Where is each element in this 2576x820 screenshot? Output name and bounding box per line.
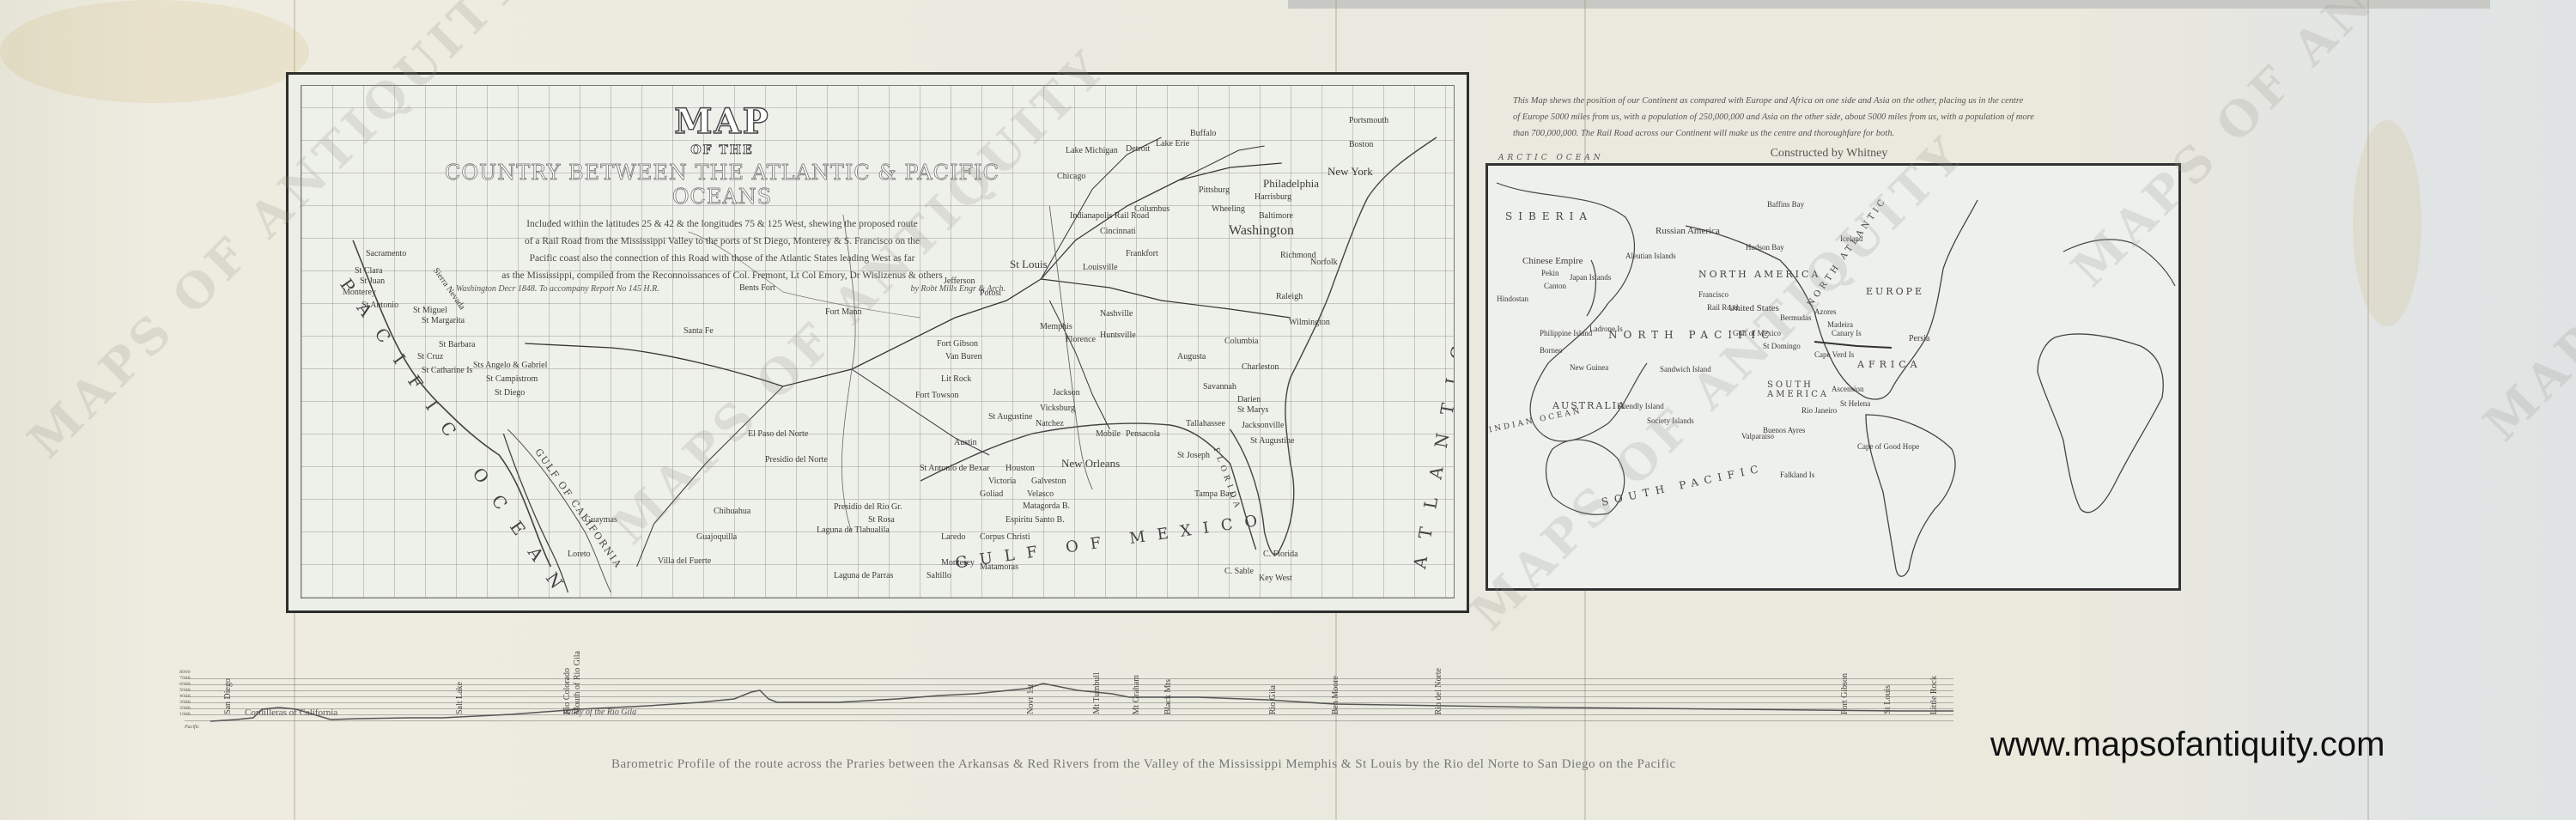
place-label: Jacksonville: [1242, 421, 1284, 430]
place-label: Detroit: [1126, 144, 1150, 154]
profile-station-label: Little Rock: [1929, 676, 1939, 714]
scale-tick: 33: [817, 85, 825, 86]
profile-baseline-label: Pacific: [185, 725, 199, 730]
place-label: St Louis: [1010, 258, 1048, 271]
scale-tick: 17: [1268, 85, 1276, 86]
place-label: Buffalo: [1190, 129, 1216, 138]
place-label: Sacramento: [366, 249, 406, 258]
place-label: New York: [1327, 165, 1373, 179]
place-label: Baltimore: [1259, 211, 1293, 221]
profile-station-label: Novr 1st: [1026, 684, 1036, 714]
profile-title: Barometric Profile of the route across t…: [611, 757, 1676, 772]
scale-tick: 42: [563, 85, 571, 86]
scale-tick: 35: [761, 85, 769, 86]
place-label: Harrisburg: [1255, 192, 1291, 202]
place-label: Chihuahua: [714, 507, 750, 516]
scale-tick: 31: [873, 85, 881, 86]
website-url[interactable]: www.mapsofantiquity.com: [1990, 726, 2385, 764]
scale-tick: 27: [987, 85, 994, 86]
place-label: Cincinnati: [1100, 227, 1136, 236]
place-label: Pittsburg: [1199, 185, 1230, 195]
world-label-south-america: SOUTH AMERICA: [1767, 380, 1827, 399]
place-label: Matagorda B.: [1023, 501, 1070, 511]
place-label: Jackson: [1053, 388, 1080, 398]
scale-tick: 40: [620, 85, 628, 86]
place-label: Florence: [1066, 335, 1096, 344]
scale-tick: 12: [1409, 85, 1417, 86]
place-label: Laredo: [941, 532, 965, 542]
arctic-ocean-label: ARCTIC OCEAN: [1498, 154, 1604, 162]
world-place: Canton: [1544, 282, 1566, 290]
place-label: Augusta: [1177, 352, 1206, 361]
scale-tick: 29: [930, 85, 938, 86]
world-place: Cape Verd Is: [1814, 350, 1854, 359]
world-place: Russian America: [1656, 226, 1720, 236]
world-map-caption: This Map shews the position of our Conti…: [1513, 93, 2174, 142]
world-place: Valparaiso: [1741, 432, 1774, 440]
profile-station-label: Port Gibson: [1840, 673, 1850, 714]
profile-inline-label: Valley of the Rio Gila: [562, 708, 636, 717]
scale-tick: 13: [1381, 85, 1388, 86]
foxing-stain: [2353, 120, 2421, 326]
description-line: Pacific coast also the connection of thi…: [404, 250, 1040, 267]
place-label: Espiritu Santo B.: [1005, 515, 1065, 525]
world-place: Pekin: [1541, 269, 1559, 277]
profile-elevation-line: [185, 653, 1953, 747]
place-label: Tallahassee: [1186, 419, 1225, 428]
profile-station-label: San Diego: [223, 678, 233, 714]
place-label: Lake Erie: [1156, 139, 1189, 149]
place-label: Portsmouth: [1349, 116, 1388, 125]
world-place: Rio Janeiro: [1801, 406, 1837, 415]
place-label: Laguna de Parras: [834, 571, 893, 580]
place-label: Huntsville: [1100, 331, 1136, 340]
place-label: St Juan: [360, 276, 385, 286]
place-label: Lit Rock: [941, 374, 971, 384]
profile-station-label: Black Mts: [1163, 679, 1173, 714]
scale-tick: 41: [592, 85, 599, 86]
profile-station-label: Salt Lake: [455, 682, 465, 714]
world-place: Francisco: [1698, 290, 1728, 299]
scale-tick: 20: [1183, 85, 1191, 86]
scale-tick: 16: [1296, 85, 1303, 86]
world-place: Hindostan: [1497, 295, 1528, 303]
place-label: Victoria: [988, 477, 1016, 486]
place-label: Presidio del Rio Gr.: [834, 502, 902, 512]
world-label-europe: EUROPE: [1866, 286, 1924, 297]
place-label: Loreto: [568, 550, 591, 559]
place-label: Santa Fe: [683, 326, 714, 336]
place-label: C. Florida: [1263, 550, 1298, 559]
place-label: Guajoquilla: [696, 532, 737, 542]
place-label: Houston: [1005, 464, 1035, 473]
scale-tick: 30: [902, 85, 909, 86]
place-label: Pensacola: [1126, 429, 1160, 439]
fold-line: [2367, 0, 2369, 820]
place-label: Presidio del Norte: [765, 455, 828, 465]
world-place: Japan Islands: [1570, 273, 1611, 282]
scale-tick: 45: [479, 85, 487, 86]
profile-station-label: St Louis: [1883, 685, 1893, 714]
foxing-stain: [0, 0, 309, 103]
scale-tick: 44: [507, 85, 515, 86]
world-place: Canary Is: [1832, 329, 1862, 337]
place-label: Van Buren: [945, 352, 982, 361]
scale-tick: 36: [732, 85, 740, 86]
scale-tick: 34: [789, 85, 797, 86]
world-place: Ascension: [1832, 385, 1864, 393]
profile-station-label: Mt Graham: [1132, 675, 1141, 714]
world-place: Aleutian Islands: [1625, 252, 1676, 260]
scale-tick: 28: [958, 85, 966, 86]
barometric-profile: 80007000600050004000300020001000 San Die…: [185, 653, 1953, 747]
caption-line: This Map shews the position of our Conti…: [1513, 93, 2174, 109]
place-label: St Joseph: [1177, 451, 1210, 460]
place-label: Norfolk: [1310, 258, 1338, 267]
place-label: St Rosa: [868, 515, 895, 525]
scale-tick: 38: [677, 85, 684, 86]
place-label: Potosi: [980, 289, 1001, 298]
main-map-frame: MAP OF THE COUNTRY BETWEEN THE ATLANTIC …: [286, 72, 1469, 613]
place-label: Raleigh: [1276, 292, 1303, 301]
profile-inline-label: Cordilleras of California: [245, 708, 337, 718]
caption-line: than 700,000,000. The Rail Road across o…: [1513, 125, 2174, 142]
place-label: Indianapolis Rail Road: [1070, 211, 1149, 221]
place-label: Velasco: [1027, 489, 1054, 499]
place-label: St Antonio de Bexar: [920, 464, 989, 473]
world-place: Madeira: [1827, 320, 1853, 329]
place-label: St Clara: [355, 266, 383, 276]
place-label: Laguna de Tlahualila: [817, 525, 890, 535]
place-label: Galveston: [1031, 477, 1066, 486]
profile-station-label: Mt Turnbull: [1092, 672, 1102, 714]
place-label: Mobile: [1096, 429, 1121, 439]
place-label: Memphis: [1040, 322, 1072, 331]
place-label: Columbia: [1224, 337, 1258, 346]
place-label: Bents Fort: [739, 283, 775, 293]
place-label: Monterey: [343, 288, 376, 297]
place-label: Wheeling: [1212, 204, 1245, 214]
place-label: St Augustine: [988, 412, 1032, 422]
place-label: St Diego: [495, 388, 525, 398]
scale-tick: 50: [338, 85, 346, 86]
title-map: MAP: [404, 101, 1040, 142]
scale-tick: 43: [536, 85, 544, 86]
place-label: New Orleans: [1061, 457, 1120, 471]
place-label: St Campistrom: [486, 374, 538, 384]
watermark-text: MAPS OF ANTIQUITY: [2473, 0, 2576, 453]
place-label: St Barbara: [439, 340, 476, 349]
place-label: St Marys: [1237, 405, 1268, 415]
place-label: Corpus Christi: [980, 532, 1030, 542]
title-of-the: OF THE: [404, 143, 1040, 157]
place-label: Louisville: [1083, 263, 1118, 272]
place-label: Chicago: [1057, 172, 1085, 181]
scale-tick: 21: [1155, 85, 1163, 86]
caption-line: of Europe 5000 miles from us, with a pop…: [1513, 109, 2174, 125]
place-label: Matamoras: [980, 562, 1018, 572]
place-label: Boston: [1349, 140, 1373, 149]
world-place: Baffins Bay: [1767, 200, 1804, 209]
place-label: Nashville: [1100, 309, 1133, 319]
place-label: Vicksburg: [1040, 404, 1075, 413]
imprint-left: Washington Decr 1848. To accompany Repor…: [456, 284, 659, 294]
scale-tick: 46: [451, 85, 459, 86]
scale-tick: 18: [1240, 85, 1248, 86]
place-label: Goliad: [980, 489, 1003, 499]
place-label: Austin: [954, 438, 977, 447]
watermark-text: MAPS OF ANTIQUITY: [2061, 0, 2576, 298]
place-label: Savannah: [1203, 382, 1236, 392]
place-label: Monterey: [941, 558, 975, 568]
world-place: Persia: [1909, 334, 1929, 343]
place-label: St Miguel: [413, 306, 447, 315]
scale-tick: 14: [1352, 85, 1360, 86]
place-label: Saltillo: [927, 571, 951, 580]
world-label-siberia: SIBERIA: [1505, 210, 1593, 222]
place-label: St Catharine Is: [422, 366, 472, 375]
place-label: St Antonio: [361, 301, 398, 310]
scale-tick: 32: [845, 85, 853, 86]
place-label: Natchez: [1036, 419, 1064, 428]
place-label: Wilmington: [1289, 318, 1330, 327]
place-label: Washington: [1229, 223, 1294, 239]
scale-tick: 39: [648, 85, 656, 86]
scale-tick: 51: [310, 85, 318, 86]
place-label: Frankfort: [1126, 249, 1158, 258]
place-label: St Augustine: [1250, 436, 1294, 446]
world-place: New Guinea: [1570, 363, 1608, 372]
world-place: Cape of Good Hope: [1857, 442, 1919, 451]
scale-tick: 19: [1212, 85, 1219, 86]
scale-tick: 37: [704, 85, 712, 86]
place-label: Charleston: [1242, 362, 1279, 372]
profile-station-label: Rio Gila: [1268, 685, 1278, 714]
world-place: Philippine Island: [1540, 329, 1592, 337]
place-label: Fort Gibson: [937, 339, 978, 349]
world-place: Chinese Empire: [1522, 256, 1583, 266]
world-place: Falkland Is: [1780, 471, 1814, 479]
place-label: Philadelphia: [1263, 177, 1319, 191]
longitude-scale-top: 5150494847464544434241403938373635343332…: [301, 85, 1454, 86]
world-place: St Helena: [1840, 399, 1870, 408]
place-label: Lake Michigan: [1066, 146, 1118, 155]
place-label: Fort Towson: [915, 391, 959, 400]
place-label: Jefferson: [944, 276, 975, 286]
place-label: Darien: [1237, 395, 1261, 404]
world-label-africa: AFRICA: [1857, 359, 1922, 370]
place-label: St Margarita: [422, 316, 465, 325]
profile-station-label: Rio del Norte: [1434, 668, 1443, 714]
scale-tick: 11: [1437, 85, 1445, 86]
scale-tick: 22: [1127, 85, 1135, 86]
scale-tick: 26: [1014, 85, 1022, 86]
place-label: Sts Angelo & Gabriel: [473, 361, 547, 370]
world-place: Hudson Bay: [1746, 243, 1784, 252]
place-label: C. Sable: [1224, 567, 1254, 576]
world-place: Borneo: [1540, 346, 1563, 355]
profile-station-label: Mouth of Rio Gila: [573, 651, 582, 714]
place-label: St Cruz: [417, 352, 443, 361]
main-map-canvas: MAP OF THE COUNTRY BETWEEN THE ATLANTIC …: [301, 85, 1455, 598]
scale-tick: 15: [1324, 85, 1332, 86]
profile-station-label: Ben Moore: [1331, 676, 1340, 714]
place-label: Key West: [1259, 574, 1292, 583]
place-label: Villa del Fuerte: [658, 556, 711, 566]
